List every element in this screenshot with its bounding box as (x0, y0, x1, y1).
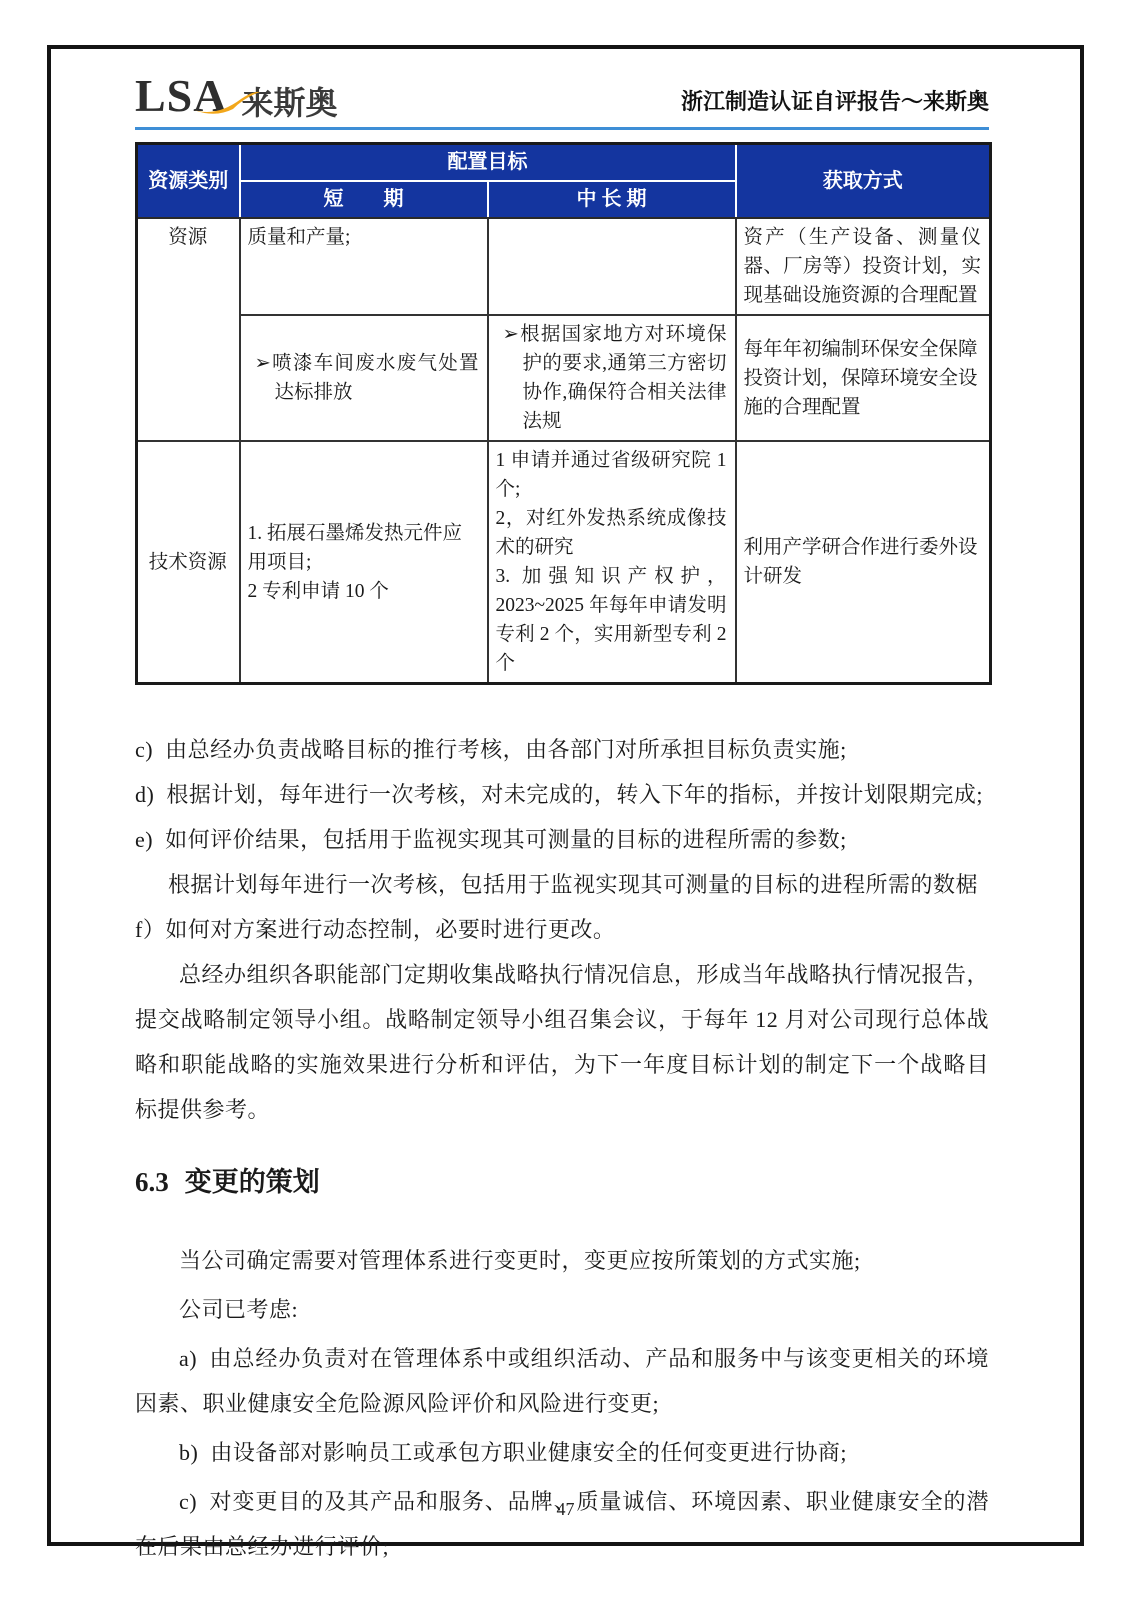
th-config-target: 配置目标 (240, 144, 736, 182)
list-item-label: e) (135, 827, 153, 852)
table-row: 资源 质量和产量; 资产（生产设备、测量仪器、厂房等）投资计划，实现基础设施资源… (137, 218, 991, 315)
cell-r2-acq: 每年年初编制环保安全保障投资计划，保障环境安全设施的合理配置 (736, 315, 991, 441)
body-text-block: c)由总经办负责战略目标的推行考核，由各部门对所承担目标负责实施; d)根据计划… (135, 727, 989, 1132)
cell-r2-short-text: 喷漆车间废水废气处置达标排放 (271, 353, 479, 403)
cell-r3-mid-item3: 3. 加强知识产权护，2023~2025 年每年申请发明专利 2 个，实用新型专… (496, 562, 727, 678)
header-divider-rule (135, 127, 989, 130)
list-item-label: c) (135, 737, 153, 762)
cell-r3-mid-item2: 2，对红外发热系统成像技术的研究 (496, 504, 727, 562)
note-line: 根据计划每年进行一次考核，包括用于监视实现其可测量的目标的进程所需的数椐 (135, 862, 989, 907)
section-paragraph-1: 当公司确定需要对管理体系进行变更时，变更应按所策划的方式实施; (135, 1238, 989, 1283)
list-item-text: 由总经办负责对在管理体系中或组织活动、产品和服务中与该变更相关的环境因素、职业健… (135, 1346, 989, 1416)
cell-tech-label: 技术资源 (137, 441, 240, 684)
table-row: ➢喷漆车间废水废气处置达标排放 ➢根据国家地方对环境保护的要求,通第三方密切协作… (137, 315, 991, 441)
resource-config-table: 资源类别 配置目标 获取方式 短 期 中 长 期 资源 质量和产量; 资产（生产… (135, 142, 992, 685)
cell-r3-mid: 1 申请并通过省级研究院 1 个; 2，对红外发热系统成像技术的研究 3. 加强… (488, 441, 736, 684)
cell-r2-mid-text: 根据国家地方对环境保护的要求,通第三方密切协作,确保符合相关法律法规 (519, 324, 727, 432)
th-resource-type: 资源类别 (137, 144, 240, 219)
document-title: 浙江制造认证自评报告～来斯奥 (681, 89, 989, 119)
section-number: 6.3 (135, 1167, 169, 1197)
page-content: LSA 来斯奥 浙江制造认证自评报告～来斯奥 资源类别 配置目标 获取方式 短 … (135, 49, 989, 1569)
cell-r3-short-line2: 2 专利申请 10 个 (248, 577, 479, 606)
list-item-e: e)如何评价结果，包括用于监视实现其可测量的目标的进程所需的参数; (135, 817, 989, 862)
cell-r3-mid-item1: 1 申请并通过省级研究院 1 个; (496, 446, 727, 504)
cell-r1-short: 质量和产量; (240, 218, 488, 315)
logo-swoosh-icon (193, 91, 261, 117)
list-item-text: 根据计划，每年进行一次考核，对未完成的，转入下年的指标，并按计划限期完成; (166, 782, 983, 807)
list-item-text: 由设备部对影响员工或承包方职业健康安全的任何变更进行协商; (210, 1440, 847, 1465)
section-item-c: c)对变更目的及其产品和服务、品牌、质量诚信、环境因素、职业健康安全的潜在后果由… (135, 1479, 989, 1569)
section-item-b: b)由设备部对影响员工或承包方职业健康安全的任何变更进行协商; (135, 1430, 989, 1475)
th-acquisition: 获取方式 (736, 144, 991, 219)
page-number: 47 (51, 1499, 1080, 1520)
list-item-text: 由总经办负责战略目标的推行考核，由各部门对所承担目标负责实施; (165, 737, 847, 762)
cell-r1-mid (488, 218, 736, 315)
list-item-c: c)由总经办负责战略目标的推行考核，由各部门对所承担目标负责实施; (135, 727, 989, 772)
list-item-label: d) (135, 782, 154, 807)
cell-r3-short: 1. 拓展石墨烯发热元件应用项目; 2 专利申请 10 个 (240, 441, 488, 684)
section-heading: 6.3变更的策划 (135, 1162, 989, 1202)
th-mid-long-term: 中 长 期 (488, 181, 736, 218)
cell-resource-label: 资源 (137, 218, 240, 441)
list-item-text: 如何对方案进行动态控制，必要时进行更改。 (165, 917, 615, 942)
bullet-arrow-icon: ➢ (503, 324, 519, 345)
table-row: 技术资源 1. 拓展石墨烯发热元件应用项目; 2 专利申请 10 个 1 申请并… (137, 441, 991, 684)
list-item-label: b) (179, 1440, 198, 1465)
cell-r3-acq: 利用产学研合作进行委外设计研发 (736, 441, 991, 684)
bullet-arrow-icon: ➢ (255, 353, 271, 374)
list-item-f: f）如何对方案进行动态控制，必要时进行更改。 (135, 907, 989, 952)
list-item-label: a) (179, 1346, 197, 1371)
page-border-frame: LSA 来斯奥 浙江制造认证自评报告～来斯奥 资源类别 配置目标 获取方式 短 … (47, 45, 1084, 1546)
cell-r2-mid: ➢根据国家地方对环境保护的要求,通第三方密切协作,确保符合相关法律法规 (488, 315, 736, 441)
list-item-d: d)根据计划，每年进行一次考核，对未完成的，转入下年的指标，并按计划限期完成; (135, 772, 989, 817)
page-header: LSA 来斯奥 浙江制造认证自评报告～来斯奥 (135, 63, 989, 119)
summary-paragraph: 总经办组织各职能部门定期收集战略执行情况信息，形成当年战略执行情况报告，提交战略… (135, 952, 989, 1132)
cell-r3-short-line1: 1. 拓展石墨烯发热元件应用项目; (248, 519, 479, 577)
th-short-term: 短 期 (240, 181, 488, 218)
section-paragraph-2: 公司已考虑: (135, 1287, 989, 1332)
cell-r2-short: ➢喷漆车间废水废气处置达标排放 (240, 315, 488, 441)
list-item-label: f） (135, 917, 165, 942)
cell-r1-acq: 资产（生产设备、测量仪器、厂房等）投资计划，实现基础设施资源的合理配置 (736, 218, 991, 315)
section-title: 变更的策划 (185, 1167, 320, 1197)
section-item-a: a)由总经办负责对在管理体系中或组织活动、产品和服务中与该变更相关的环境因素、职… (135, 1336, 989, 1426)
list-item-text: 如何评价结果，包括用于监视实现其可测量的目标的进程所需的参数; (165, 827, 847, 852)
company-logo: LSA 来斯奥 (135, 73, 338, 119)
